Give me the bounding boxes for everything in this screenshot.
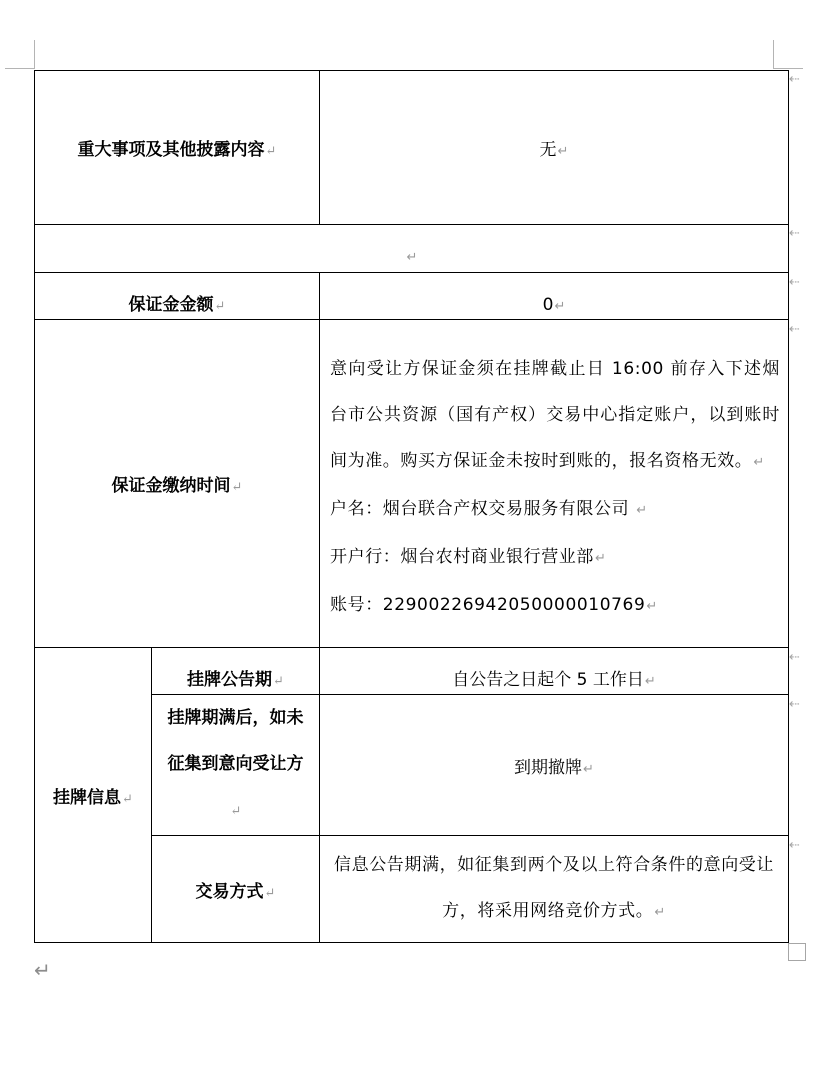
- paragraph-mark-icon: ↵: [265, 886, 276, 901]
- row-blank: ↵: [35, 225, 789, 273]
- paragraph-mark-icon: ↵: [583, 762, 594, 777]
- after-expiry-value: 到期撤牌: [514, 758, 582, 778]
- after-expiry-label: 挂牌期满后，如未征集到意向受让方: [168, 708, 304, 774]
- deposit-time-value-cell: 意向受让方保证金须在挂牌截止日 16:00 前存入下述烟台市公共资源（国有产权）…: [320, 320, 789, 648]
- paragraph-mark-icon: ↵: [231, 804, 242, 819]
- major-matters-label: 重大事项及其他披露内容: [78, 140, 265, 160]
- trade-method-value-cell: 信息公告期满，如征集到两个及以上符合条件的意向受让方，将采用网络竞价方式。↵: [320, 836, 789, 943]
- paragraph-mark-icon: ↵: [34, 958, 51, 982]
- crop-mark-top-right: [773, 40, 803, 69]
- listing-info-label-cell: 挂牌信息↵: [35, 648, 152, 943]
- paragraph-mark-icon: ↵: [595, 551, 607, 566]
- account-number-text: 账号：22900226942050000010769: [330, 595, 645, 615]
- paragraph-mark-icon: ↵: [232, 480, 243, 495]
- paragraph-mark-icon: ↵: [645, 674, 656, 689]
- deposit-amount-value: 0: [543, 295, 554, 315]
- listing-period-label: 挂牌公告期: [187, 670, 272, 690]
- account-number: 账号：22900226942050000010769↵: [330, 582, 780, 630]
- listing-period-label-cell: 挂牌公告期↵: [152, 648, 320, 695]
- row-end-mark-icon: ⇠: [789, 275, 800, 290]
- deposit-amount-value-cell: 0↵: [320, 273, 789, 320]
- bank-name: 开户行：烟台农村商业银行营业部↵: [330, 534, 780, 582]
- row-end-mark-icon: ⇠: [789, 72, 800, 87]
- paragraph-mark-icon: ↵: [558, 144, 569, 159]
- paragraph-mark-icon: ↵: [215, 299, 226, 314]
- deposit-time-label-cell: 保证金缴纳时间↵: [35, 320, 320, 648]
- deposit-time-label: 保证金缴纳时间: [112, 476, 231, 496]
- row-end-mark-icon: ⇠: [789, 838, 800, 853]
- bank-name-text: 开户行：烟台农村商业银行营业部: [330, 547, 594, 567]
- listing-info-label: 挂牌信息: [53, 788, 121, 808]
- trade-method-label: 交易方式: [196, 882, 264, 902]
- listing-period-value: 自公告之日起个 5 工作日: [452, 670, 644, 690]
- row-end-mark-icon: ⇠: [789, 697, 800, 712]
- after-expiry-label-cell: 挂牌期满后，如未征集到意向受让方↵: [152, 695, 320, 836]
- deposit-instructions-text: 意向受让方保证金须在挂牌截止日 16:00 前存入下述烟台市公共资源（国有产权）…: [330, 359, 780, 471]
- row-major-matters: 重大事项及其他披露内容↵ 无↵: [35, 71, 789, 225]
- paragraph-mark-icon: ↵: [636, 503, 648, 518]
- row-end-mark-icon: ⇠: [789, 322, 800, 337]
- major-matters-value: 无: [540, 140, 557, 160]
- blank-cell: ↵: [35, 225, 789, 273]
- trade-method-value: 信息公告期满，如征集到两个及以上符合条件的意向受让方，将采用网络竞价方式。: [334, 855, 774, 921]
- paragraph-mark-icon: ↵: [122, 792, 133, 807]
- paragraph-mark-icon: ↵: [266, 144, 277, 159]
- row-listing-period: 挂牌信息↵ 挂牌公告期↵ 自公告之日起个 5 工作日↵: [35, 648, 789, 695]
- row-deposit-amount: 保证金金额↵ 0↵: [35, 273, 789, 320]
- crop-mark-top-left: [5, 40, 35, 69]
- after-expiry-value-cell: 到期撤牌↵: [320, 695, 789, 836]
- account-name: 户名：烟台联合产权交易服务有限公司 ↵: [330, 486, 780, 534]
- account-name-text: 户名：烟台联合产权交易服务有限公司: [330, 499, 635, 519]
- paragraph-mark-icon: ↵: [654, 905, 666, 920]
- paragraph-mark-icon: ↵: [554, 299, 565, 314]
- row-end-mark-icon: ⇠: [789, 226, 800, 241]
- row-deposit-time: 保证金缴纳时间↵ 意向受让方保证金须在挂牌截止日 16:00 前存入下述烟台市公…: [35, 320, 789, 648]
- paragraph-mark-icon: ↵: [753, 455, 765, 470]
- deposit-amount-label-cell: 保证金金额↵: [35, 273, 320, 320]
- trade-method-label-cell: 交易方式↵: [152, 836, 320, 943]
- deposit-instructions: 意向受让方保证金须在挂牌截止日 16:00 前存入下述烟台市公共资源（国有产权）…: [330, 346, 780, 486]
- deposit-amount-label: 保证金金额: [129, 295, 214, 315]
- row-end-mark-icon: ⇠: [789, 650, 800, 665]
- paragraph-mark-icon: ↵: [646, 599, 658, 614]
- table-end-box-icon: [788, 943, 806, 961]
- major-matters-label-cell: 重大事项及其他披露内容↵: [35, 71, 320, 225]
- major-matters-value-cell: 无↵: [320, 71, 789, 225]
- paragraph-mark-icon: ↵: [407, 250, 418, 265]
- disclosure-table: 重大事项及其他披露内容↵ 无↵ ↵ 保证金金额↵ 0↵ 保证金缴纳时间↵ 意向受…: [34, 70, 789, 943]
- listing-period-value-cell: 自公告之日起个 5 工作日↵: [320, 648, 789, 695]
- paragraph-mark-icon: ↵: [273, 674, 284, 689]
